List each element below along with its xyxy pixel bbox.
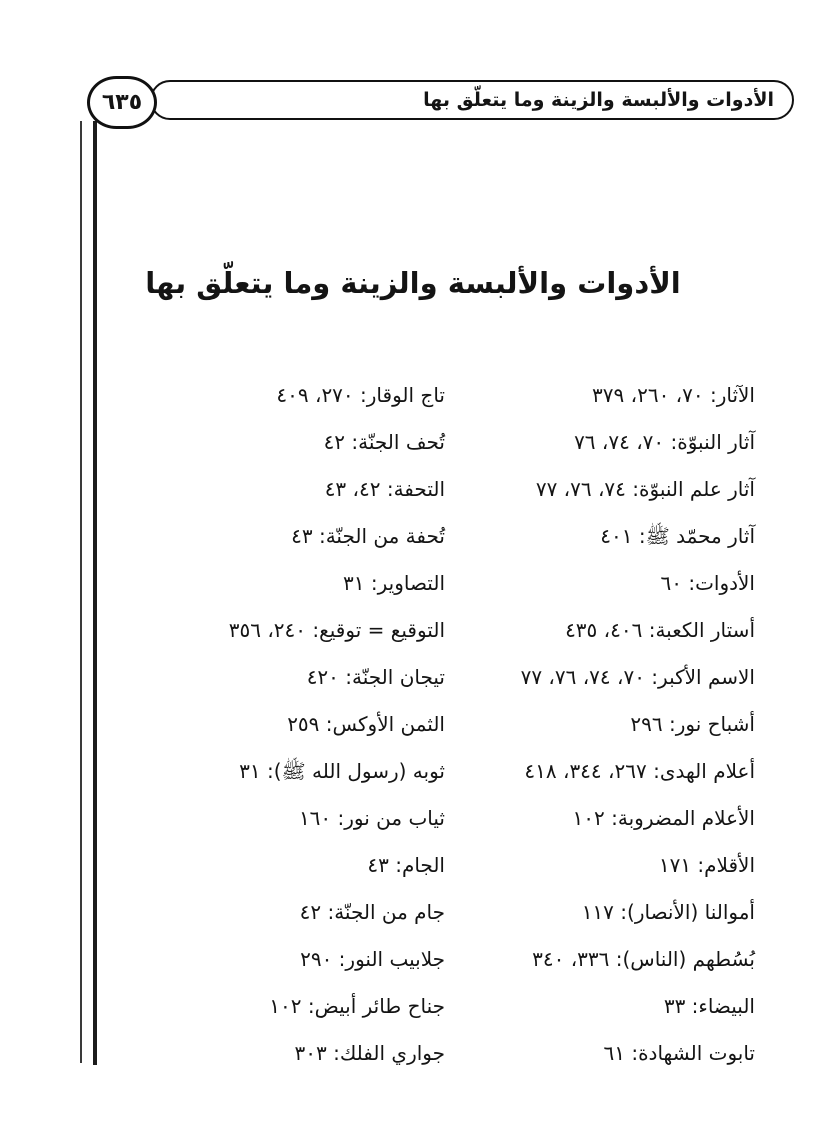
index-entry: الأقلام: ١٧١ xyxy=(455,842,755,889)
index-entry: تابوت الشهادة: ٦١ xyxy=(455,1030,755,1077)
index-entry: الأعلام المضروبة: ١٠٢ xyxy=(455,795,755,842)
margin-rule-thin xyxy=(80,121,82,1063)
index-entry: الثمن الأوكس: ٢٥٩ xyxy=(145,701,445,748)
section-title: الأدوات والألبسة والزينة وما يتعلّق بها xyxy=(0,266,826,300)
index-entry: أعلام الهدى: ٢٦٧، ٣٤٤، ٤١٨ xyxy=(455,748,755,795)
index-entry: تاج الوقار: ٢٧٠، ٤٠٩ xyxy=(145,372,445,419)
index-entry: الاسم الأكبر: ٧٠، ٧٤، ٧٦، ٧٧ xyxy=(455,654,755,701)
index-entry: أموالنا (الأنصار): ١١٧ xyxy=(455,889,755,936)
index-entry: الأدوات: ٦٠ xyxy=(455,560,755,607)
index-entry: جلابيب النور: ٢٩٠ xyxy=(145,936,445,983)
index-entry: تُحف الجنّة: ٤٢ xyxy=(145,419,445,466)
chapter-header-pill: الأدوات والألبسة والزينة وما يتعلّق بها xyxy=(150,80,794,120)
index-entry: تُحفة من الجنّة: ٤٣ xyxy=(145,513,445,560)
index-entry: التصاوير: ٣١ xyxy=(145,560,445,607)
index-column-first: الآثار: ٧٠، ٢٦٠، ٣٧٩ آثار النبوّة: ٧٠، ٧… xyxy=(455,372,755,1077)
index-entry: الآثار: ٧٠، ٢٦٠، ٣٧٩ xyxy=(455,372,755,419)
margin-rule-thick xyxy=(93,121,97,1065)
index-entry: الجام: ٤٣ xyxy=(145,842,445,889)
index-entry: جناح طائر أبيض: ١٠٢ xyxy=(145,983,445,1030)
index-entry: البيضاء: ٣٣ xyxy=(455,983,755,1030)
index-entry: جام من الجنّة: ٤٢ xyxy=(145,889,445,936)
page-number-badge: ٦٣٥ xyxy=(87,76,157,129)
index-entry: التوقيع = توقيع: ٢٤٠، ٣٥٦ xyxy=(145,607,445,654)
chapter-header-title: الأدوات والألبسة والزينة وما يتعلّق بها xyxy=(423,89,774,111)
book-page: ٦٣٥ الأدوات والألبسة والزينة وما يتعلّق … xyxy=(0,0,826,1147)
index-entry: بُسُطهم (الناس): ٣٣٦، ٣٤٠ xyxy=(455,936,755,983)
index-entry: ثياب من نور: ١٦٠ xyxy=(145,795,445,842)
index-entry: آثار علم النبوّة: ٧٤، ٧٦، ٧٧ xyxy=(455,466,755,513)
index-entry: تيجان الجنّة: ٤٢٠ xyxy=(145,654,445,701)
index-entry: ثوبه (رسول الله ﷺ): ٣١ xyxy=(145,748,445,795)
index-entry: أستار الكعبة: ٤٠٦، ٤٣٥ xyxy=(455,607,755,654)
index-entry: جواري الفلك: ٣٠٣ xyxy=(145,1030,445,1077)
index-entry: التحفة: ٤٢، ٤٣ xyxy=(145,466,445,513)
index-entry: آثار محمّد ﷺ: ٤٠١ xyxy=(455,513,755,560)
index-entry: أشباح نور: ٢٩٦ xyxy=(455,701,755,748)
index-entry: آثار النبوّة: ٧٠، ٧٤، ٧٦ xyxy=(455,419,755,466)
page-number: ٦٣٥ xyxy=(102,90,142,115)
index-column-second: تاج الوقار: ٢٧٠، ٤٠٩ تُحف الجنّة: ٤٢ الت… xyxy=(145,372,445,1077)
